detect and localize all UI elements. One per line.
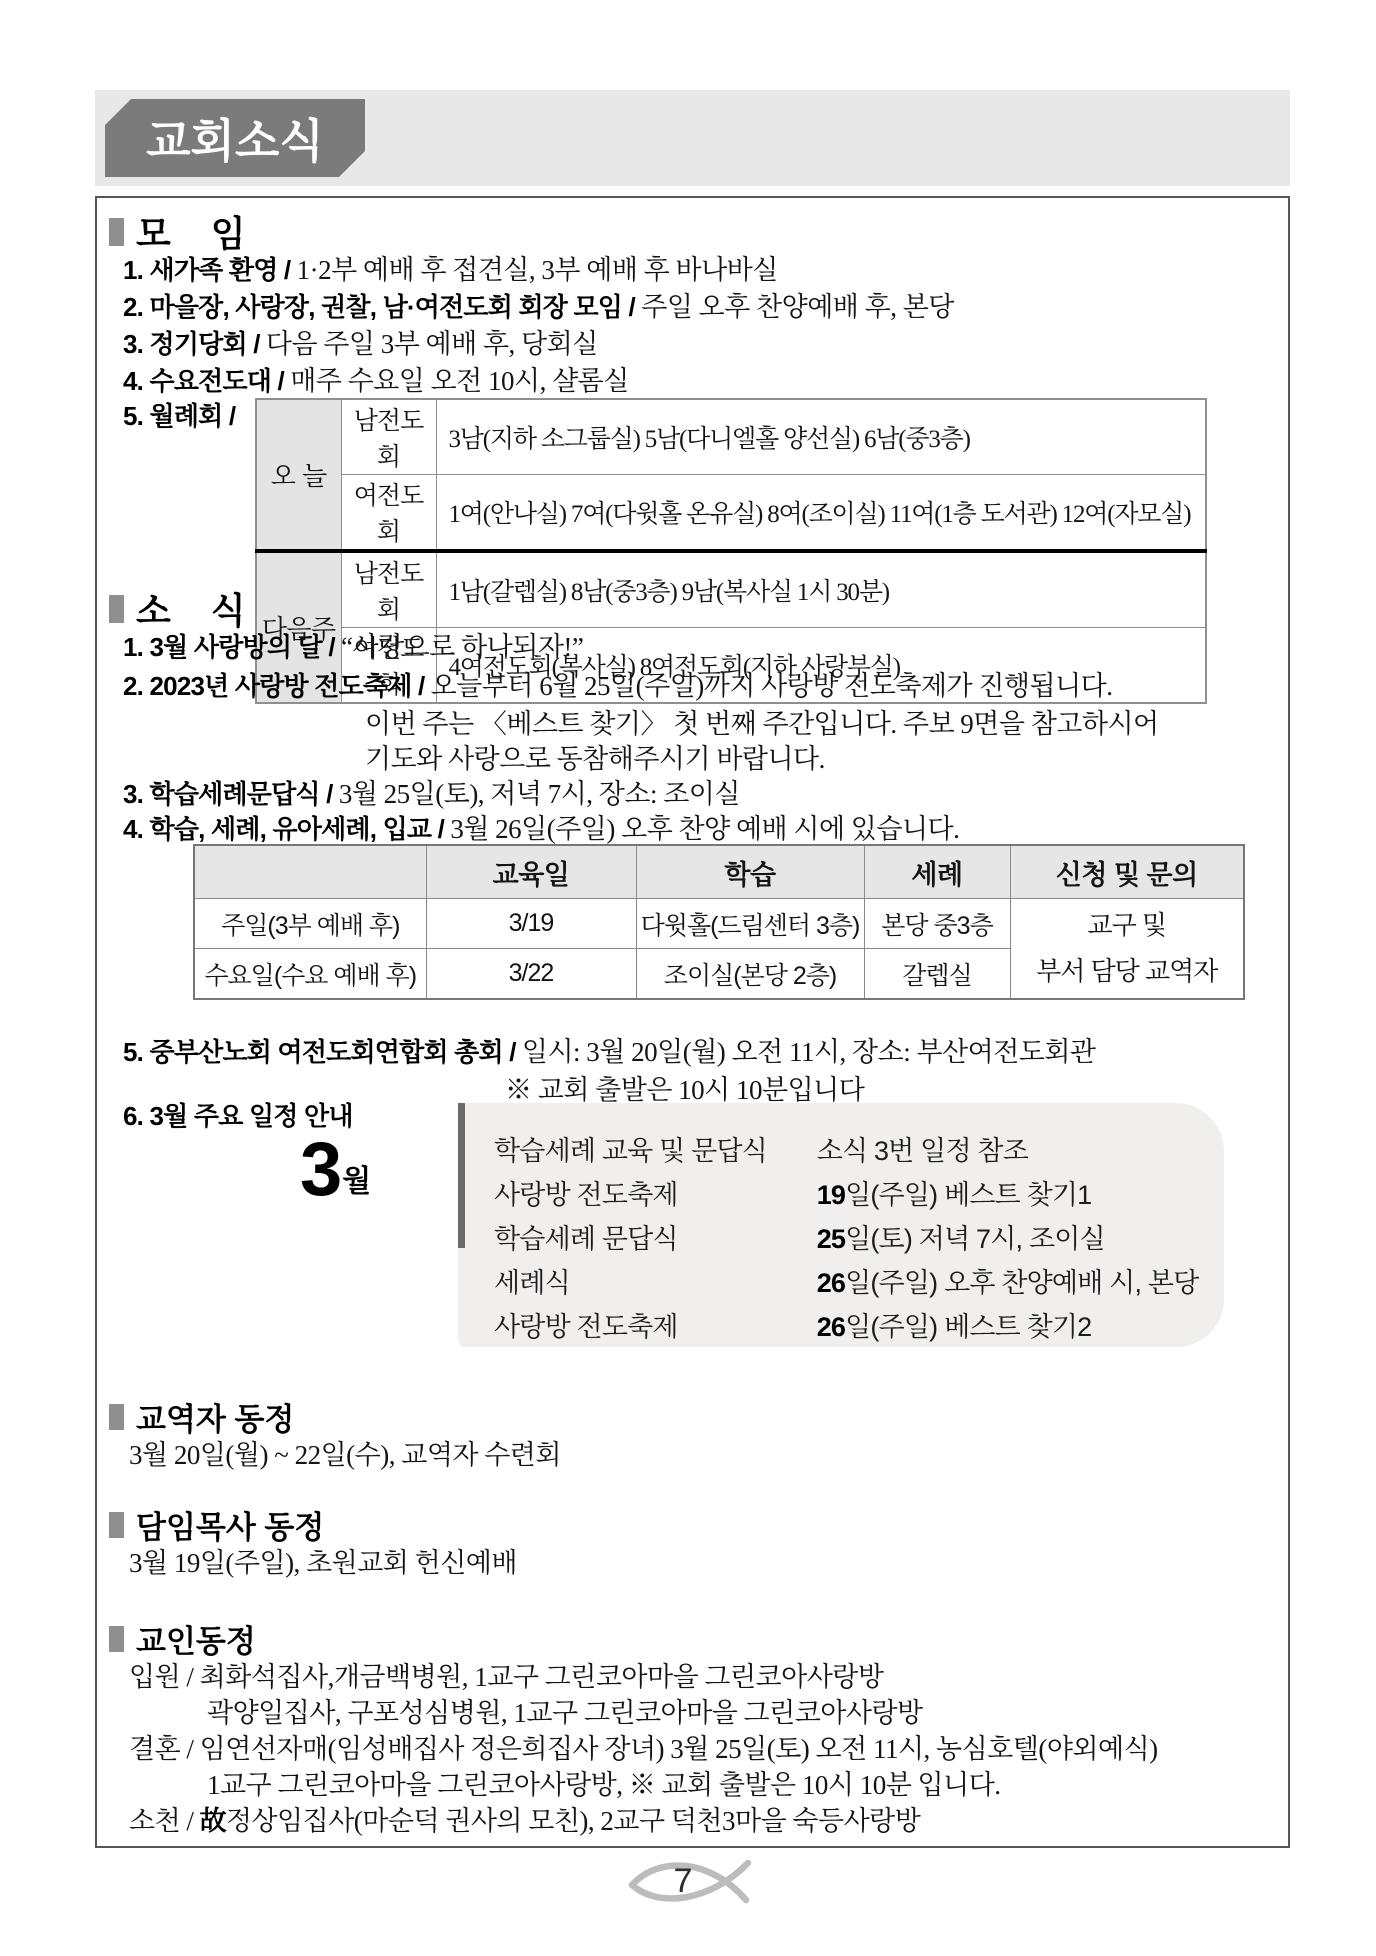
header-cell: 신청 및 문의 — [1010, 845, 1244, 899]
staff-text: 3월 20일(월) ~ 22일(수), 교역자 수련회 — [129, 1433, 561, 1472]
item-label: 2. 마을장, 사랑장, 권찰, 남·여전도회 회장 모임 / — [123, 292, 635, 322]
org-cell: 여전도회 — [341, 475, 436, 552]
item-text: 오늘부터 6월 25일(주일)까지 사랑방 전도축제가 진행됩니다. — [431, 671, 1113, 701]
table-header-row: 교육일 학습 세례 신청 및 문의 — [194, 845, 1244, 899]
item-label: 4. 수요전도대 / — [123, 366, 284, 396]
event-detail: 일(주일) 베스트 찾기2 — [845, 1312, 1091, 1342]
event-name: 학습세례 교육 및 문답식 — [494, 1129, 810, 1168]
month-unit: 월 — [342, 1156, 371, 1204]
event-name: 세례식 — [494, 1261, 810, 1300]
item-label: 3. 정기당회 / — [123, 329, 260, 359]
event-name: 사랑방 전도축제 — [494, 1305, 810, 1344]
item-text: 기도와 사랑으로 동참해주시기 바랍니다. — [365, 744, 825, 774]
event-day: 26 — [817, 1312, 845, 1342]
member-line: 소천 / 故정상임집사(마순덕 권사의 모친), 2교구 덕천3마을 숙등사랑방 — [129, 1799, 920, 1838]
event-detail: 소식 3번 일정 참조 — [817, 1136, 1028, 1166]
event-day: 25 — [817, 1224, 845, 1254]
march-month-label: 3 월 — [300, 1136, 371, 1204]
contact-line: 부서 담당 교역자 — [1012, 949, 1243, 995]
line-label: 결혼 / — [129, 1734, 200, 1764]
item-text: 이번 주는 〈베스트 찾기〉 첫 번째 주간입니다. 주보 9면을 참고하시어 — [365, 709, 1159, 739]
news-item-continued: 이번 주는 〈베스트 찾기〉 첫 번째 주간입니다. 주보 9면을 참고하시어 — [365, 702, 1159, 741]
event-day: 26 — [817, 1268, 845, 1298]
month-number: 3 — [300, 1136, 342, 1204]
line-label: 소천 / — [129, 1806, 200, 1836]
member-line: 결혼 / 임연선자매(임성배집사 정은희집사 장녀) 3월 25일(토) 오전 … — [129, 1727, 1158, 1766]
page-title: 교회소식 — [105, 99, 365, 177]
line-text: 정상임집사(마순덕 권사의 모친), 2교구 덕천3마을 숙등사랑방 — [226, 1806, 920, 1836]
news-item: 2. 2023년 사랑방 전도축제 / 오늘부터 6월 25일(주일)까지 사랑… — [123, 664, 1113, 703]
item-text: 1·2부 예배 후 접견실, 3부 예배 후 바나바실 — [297, 255, 778, 285]
org-cell: 남전도회 — [341, 551, 436, 628]
line-label: 입원 / — [129, 1662, 200, 1692]
table-row: 여전도회 1여(안나실) 7여(다윗홀 온유실) 8여(조이실) 11여(1층 … — [256, 475, 1206, 552]
item-label: 2. 2023년 사랑방 전도축제 / — [123, 671, 424, 701]
contact-line: 교구 및 — [1012, 903, 1243, 949]
deceased-mark: 故 — [200, 1806, 226, 1836]
news-item: 5. 중부산노회 여전도회연합회 총회 / 일시: 3월 20일(월) 오전 1… — [123, 1030, 1096, 1069]
schedule-row: 사랑방 전도축제 19일(주일) 베스트 찾기1 — [494, 1173, 1091, 1212]
schedule-row: 학습세례 문답식 25일(토) 저녁 7시, 조이실 — [494, 1217, 1105, 1256]
news-item-continued: 기도와 사랑으로 동참해주시기 바랍니다. — [365, 737, 825, 776]
detail-cell: 1여(안나실) 7여(다윗홀 온유실) 8여(조이실) 11여(1층 도서관) … — [436, 475, 1206, 552]
header-cell: 학습 — [636, 845, 864, 899]
item-text: 3월 19일(주일), 초원교회 헌신예배 — [129, 1548, 517, 1578]
header-cell: 교육일 — [426, 845, 636, 899]
cell: 수요일(수요 예배 후) — [194, 949, 426, 1000]
cell: 3/22 — [426, 949, 636, 1000]
event-detail: 일(주일) 오후 찬양예배 시, 본당 — [845, 1268, 1198, 1298]
item-text: 3월 25일(토), 저녁 7시, 장소: 조이실 — [339, 779, 740, 809]
schedule-row: 세례식 26일(주일) 오후 찬양예배 시, 본당 — [494, 1261, 1198, 1300]
item-text: 매주 수요일 오전 10시, 샬롬실 — [290, 366, 629, 396]
news-item-note: ※ 교회 출발은 10시 10분입니다 — [505, 1068, 864, 1107]
square-bullet-icon — [109, 1626, 124, 1652]
item-text: 3월 20일(월) ~ 22일(수), 교역자 수련회 — [129, 1440, 561, 1470]
line-text: 곽양일집사, 구포성심병원, 1교구 그린코아마을 그린코아사랑방 — [207, 1698, 923, 1728]
meeting-item: 3. 정기당회 / 다음 주일 3부 예배 후, 당회실 — [123, 322, 598, 361]
table-row: 다음주 남전도회 1남(갈렙실) 8남(중3층) 9남(복사실 1시 30분) — [256, 551, 1206, 628]
cell: 다윗홀(드림센터 3층) — [636, 899, 864, 949]
page-number: 7 — [628, 1862, 738, 1901]
item-label: 5. 중부산노회 여전도회연합회 총회 / — [123, 1037, 516, 1067]
item-text: 주일 오후 찬양예배 후, 본당 — [641, 292, 954, 322]
event-name: 학습세례 문답식 — [494, 1217, 810, 1256]
cell: 갈렙실 — [864, 949, 1010, 1000]
square-bullet-icon — [109, 218, 124, 246]
schedule-row: 사랑방 전도축제 26일(주일) 베스트 찾기2 — [494, 1305, 1091, 1344]
contact-cell: 교구 및 부서 담당 교역자 — [1010, 899, 1244, 1000]
vertical-accent-bar — [458, 1103, 465, 1248]
news-item: 4. 학습, 세례, 유아세례, 입교 / 3월 26일(주일) 오후 찬양 예… — [123, 807, 959, 846]
line-text: 임연선자매(임성배집사 정은희집사 장녀) 3월 25일(토) 오전 11시, … — [200, 1734, 1158, 1764]
item-label: 1. 3월 사랑방의 달 / — [123, 632, 335, 662]
news-item: 3. 학습세례문답식 / 3월 25일(토), 저녁 7시, 장소: 조이실 — [123, 772, 740, 811]
meeting-item: 1. 새가족 환영 / 1·2부 예배 후 접견실, 3부 예배 후 바나바실 — [123, 248, 778, 287]
bulletin-page: 교회소식 모 임 1. 새가족 환영 / 1·2부 예배 후 접견실, 3부 예… — [0, 0, 1376, 1956]
item-text: 3월 26일(주일) 오후 찬양 예배 시에 있습니다. — [450, 814, 959, 844]
item-label: 3. 학습세례문답식 / — [123, 779, 333, 809]
line-text: 1교구 그린코아마을 그린코아사랑방, ※ 교회 출발은 10시 10분 입니다… — [207, 1770, 1001, 1800]
item-text: ※ 교회 출발은 10시 10분입니다 — [505, 1075, 864, 1105]
table-row: 오 늘 남전도회 3남(지하 소그룹실) 5남(다니엘홀 양선실) 6남(중3층… — [256, 399, 1206, 475]
meeting-item: 2. 마을장, 사랑장, 권찰, 남·여전도회 회장 모임 / 주일 오후 찬양… — [123, 285, 954, 324]
cell: 조이실(본당 2층) — [636, 949, 864, 1000]
cell: 3/19 — [426, 899, 636, 949]
detail-cell: 1남(갈렙실) 8남(중3층) 9남(복사실 1시 30분) — [436, 551, 1206, 628]
content-box: 모 임 1. 새가족 환영 / 1·2부 예배 후 접견실, 3부 예배 후 바… — [95, 196, 1290, 1848]
event-day: 19 — [817, 1180, 845, 1210]
header-cell — [194, 845, 426, 899]
education-table: 교육일 학습 세례 신청 및 문의 주일(3부 예배 후) 3/19 다윗홀(드… — [193, 844, 1245, 1000]
news-item: 1. 3월 사랑방의 달 / “사랑으로 하나되자!” — [123, 625, 583, 664]
member-line: 곽양일집사, 구포성심병원, 1교구 그린코아마을 그린코아사랑방 — [207, 1691, 923, 1730]
event-name: 사랑방 전도축제 — [494, 1173, 810, 1212]
item-text: 일시: 3월 20일(월) 오전 11시, 장소: 부산여전도회관 — [522, 1037, 1096, 1067]
member-line: 입원 / 최화석집사,개금백병원, 1교구 그린코아마을 그린코아사랑방 — [129, 1655, 883, 1694]
item-text: “사랑으로 하나되자!” — [341, 632, 583, 662]
square-bullet-icon — [109, 595, 124, 623]
item-label: 5. 월례회 / — [123, 401, 235, 431]
footer: 7 — [628, 1854, 758, 1914]
event-detail: 일(토) 저녁 7시, 조이실 — [845, 1224, 1105, 1254]
period-cell: 오 늘 — [256, 399, 341, 551]
item-label: 1. 새가족 환영 / — [123, 255, 290, 285]
org-cell: 남전도회 — [341, 399, 436, 475]
member-line: 1교구 그린코아마을 그린코아사랑방, ※ 교회 출발은 10시 10분 입니다… — [207, 1763, 1001, 1802]
square-bullet-icon — [109, 1404, 124, 1430]
table-row: 주일(3부 예배 후) 3/19 다윗홀(드림센터 3층) 본당 중3층 교구 … — [194, 899, 1244, 949]
cell: 본당 중3층 — [864, 899, 1010, 949]
square-bullet-icon — [109, 1512, 124, 1538]
meeting-item: 5. 월례회 / — [123, 396, 235, 433]
header-cell: 세례 — [864, 845, 1010, 899]
line-text: 최화석집사,개금백병원, 1교구 그린코아마을 그린코아사랑방 — [200, 1662, 884, 1692]
header-bar: 교회소식 — [95, 90, 1290, 186]
cell: 주일(3부 예배 후) — [194, 899, 426, 949]
march-schedule-box: 학습세례 교육 및 문답식 소식 3번 일정 참조 사랑방 전도축제 19일(주… — [458, 1103, 1224, 1347]
item-text: 다음 주일 3부 예배 후, 당회실 — [266, 329, 598, 359]
schedule-row: 학습세례 교육 및 문답식 소식 3번 일정 참조 — [494, 1129, 1028, 1168]
meeting-item: 4. 수요전도대 / 매주 수요일 오전 10시, 샬롬실 — [123, 359, 629, 398]
item-label: 4. 학습, 세례, 유아세례, 입교 / — [123, 814, 444, 844]
pastor-text: 3월 19일(주일), 초원교회 헌신예배 — [129, 1541, 517, 1580]
detail-cell: 3남(지하 소그룹실) 5남(다니엘홀 양선실) 6남(중3층) — [436, 399, 1206, 475]
event-detail: 일(주일) 베스트 찾기1 — [845, 1180, 1091, 1210]
